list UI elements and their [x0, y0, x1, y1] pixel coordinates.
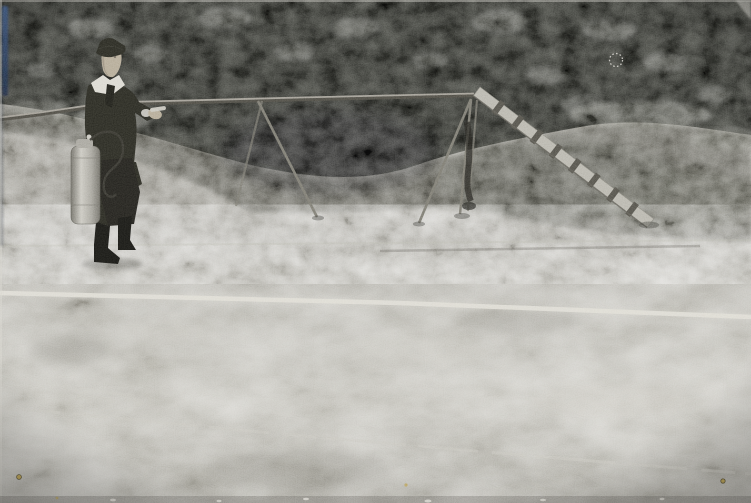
photograph-frame: Black-and-white photo: a uniformed man i… — [0, 0, 751, 503]
photograph: Black-and-white photo: a uniformed man i… — [0, 0, 751, 503]
vignette — [0, 0, 751, 503]
